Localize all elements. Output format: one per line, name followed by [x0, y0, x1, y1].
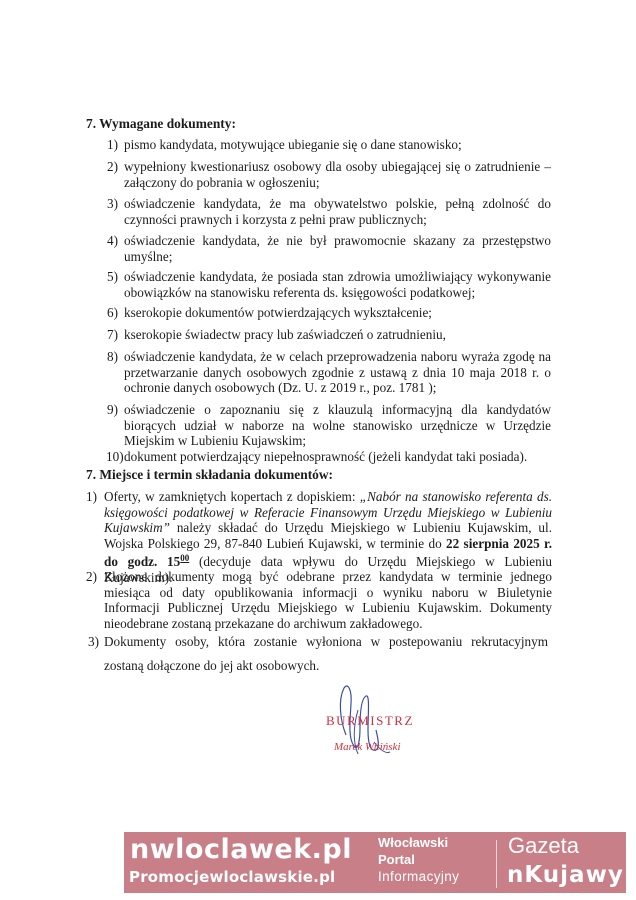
banner-site-name-secondary: Promocjewloclawskie.pl: [129, 868, 335, 886]
item-number: 3): [107, 196, 118, 212]
list-item: 6) kserokopie dokumentów potwierdzającyc…: [107, 305, 551, 321]
list-item: 9) oświadczenie o zapoznaniu się z klauz…: [107, 402, 551, 449]
list-item: 7) kserokopie świadectw pracy lub zaświa…: [107, 327, 551, 343]
item-text-content: Dokumenty osoby, która zostanie wyłonion…: [104, 634, 548, 673]
item-number: 7): [107, 327, 118, 343]
banner-divider: [496, 840, 497, 888]
list-item: 2) Złożone dokumenty mogą być odebrane p…: [86, 569, 552, 631]
deadline-minutes: 00: [180, 553, 189, 563]
portal-line-3: Informacyjny: [378, 868, 459, 885]
item-number: 5): [107, 269, 118, 285]
item-text: oświadczenie o zapoznaniu się z klauzulą…: [124, 402, 551, 449]
item-number: 2): [107, 159, 118, 175]
list-item: 1) pismo kandydata, motywujące ubieganie…: [107, 137, 551, 153]
banner-portal-label: Włocławski Portal Informacyjny: [378, 834, 459, 885]
list-item: 2) wypełniony kwestionariusz osobowy dla…: [107, 159, 551, 190]
banner-gazeta: Gazeta: [508, 833, 579, 859]
item-number: 1): [107, 137, 118, 153]
item-lead: Oferty, w zamkniętych kopertach z dopisk…: [104, 489, 360, 504]
item-number: 4): [107, 233, 118, 249]
list-item: 3) Dokumenty osoby, która zostanie wyłon…: [88, 630, 548, 678]
portal-line-2: Portal: [378, 851, 459, 868]
item-number: 10): [106, 449, 124, 465]
stamp-title: BURMISTRZ: [326, 713, 414, 729]
section-heading: 7. Wymagane dokumenty:: [86, 116, 236, 132]
item-text: Dokumenty osoby, która zostanie wyłonion…: [104, 630, 548, 678]
list-item: 5) oświadczenie kandydata, że posiada st…: [107, 269, 551, 300]
item-number: 8): [107, 349, 118, 365]
item-text: wypełniony kwestionariusz osobowy dla os…: [124, 159, 551, 190]
banner-nkujawy: nKujawy: [507, 862, 624, 888]
item-number: 3): [88, 630, 99, 654]
list-item: 10) dokument potwierdzający niepełnospra…: [107, 449, 551, 465]
item-text: oświadczenie kandydata, że ma obywatelst…: [124, 196, 551, 227]
item-text: dokument potwierdzający niepełnosprawnoś…: [124, 449, 551, 465]
item-text: Złożone dokumenty mogą być odebrane prze…: [104, 569, 552, 631]
item-text: pismo kandydata, motywujące ubieganie si…: [124, 137, 551, 153]
item-text: oświadczenie kandydata, że nie był prawo…: [124, 233, 551, 264]
stamp-name: Marek Witiński: [334, 741, 401, 753]
banner-site-name: nwloclawek.pl: [130, 834, 352, 865]
item-number: 9): [107, 402, 118, 418]
list-item: 8) oświadczenie kandydata, że w celach p…: [107, 349, 551, 396]
section-heading: 7. Miejsce i termin składania dokumentów…: [86, 467, 333, 483]
item-text: kserokopie dokumentów potwierdzających w…: [124, 305, 551, 321]
item-text: oświadczenie kandydata, że w celach prze…: [124, 349, 551, 396]
portal-line-1: Włocławski: [378, 834, 459, 851]
item-text: oświadczenie kandydata, że posiada stan …: [124, 269, 551, 300]
document-page: 7. Wymagane dokumenty: 1) pismo kandydat…: [0, 0, 636, 900]
item-number: 2): [86, 569, 97, 585]
item-number: 6): [107, 305, 118, 321]
item-number: 1): [86, 489, 97, 505]
list-item: 3) oświadczenie kandydata, że ma obywate…: [107, 196, 551, 227]
item-text: kserokopie świadectw pracy lub zaświadcz…: [124, 327, 551, 343]
list-item: 4) oświadczenie kandydata, że nie był pr…: [107, 233, 551, 264]
watermark-banner: nwloclawek.pl Promocjewloclawskie.pl Wło…: [124, 832, 626, 893]
